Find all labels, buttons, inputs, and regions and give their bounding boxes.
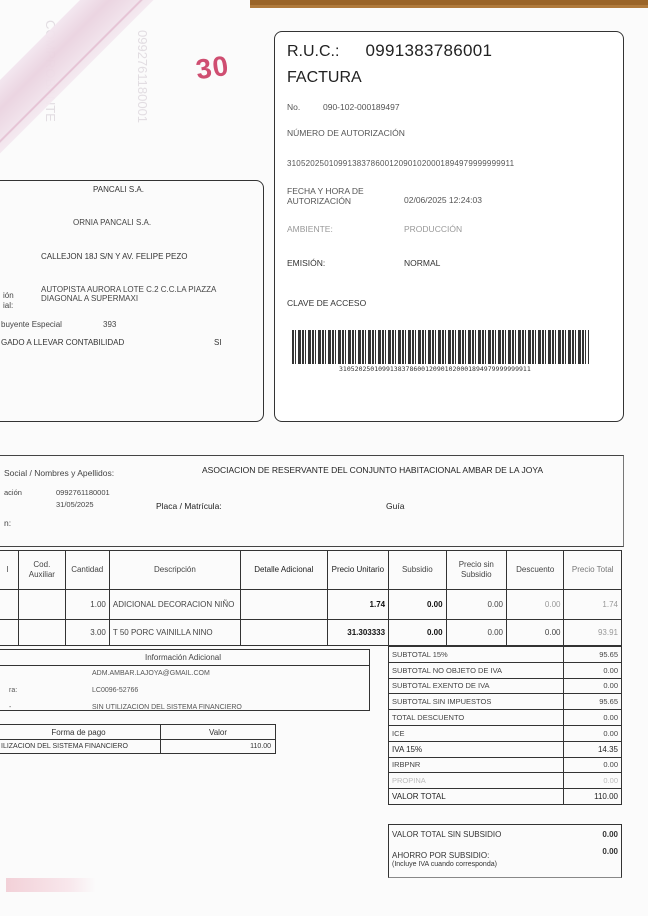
access-key-barcode — [292, 330, 589, 364]
cell-code — [0, 590, 19, 620]
paper-smudge — [6, 878, 96, 892]
total-value: 0.00 — [564, 662, 622, 678]
auth-datetime-label: FECHA Y HORA DE AUTORIZACIÓN — [287, 186, 387, 206]
cell-unit-price: 1.74 — [327, 590, 388, 620]
emitter-trade-name: ORNIA PANCALI S.A. — [73, 218, 151, 227]
emitter-main-address: CALLEJON 18J S/N Y AV. FELIPE PEZO — [41, 252, 187, 261]
totals-row: VALOR TOTAL110.00 — [389, 789, 622, 805]
auth-datetime-value: 02/06/2025 12:24:03 — [404, 195, 482, 205]
accounting-value: SI — [214, 338, 222, 347]
col-subsidy: Subsidio — [389, 551, 446, 590]
cell-quantity: 1.00 — [65, 590, 109, 620]
subsidy-box: VALOR TOTAL SIN SUBSIDIO 0.00 AHORRO POR… — [388, 824, 622, 878]
emission-label: EMISIÓN: — [287, 258, 325, 268]
total-label: IVA 15% — [389, 741, 564, 757]
total-value: 0.00 — [564, 757, 622, 773]
total-value: 0.00 — [564, 773, 622, 789]
totals-row: SUBTOTAL 15%95.65 — [389, 647, 622, 663]
totals-row: SUBTOTAL SIN IMPUESTOS95.65 — [389, 694, 622, 710]
grand-total-value: 110.00 — [564, 789, 622, 805]
info-reference-value: LC0096-52766 — [92, 687, 138, 694]
payment-value-header: Valor — [161, 725, 276, 740]
col-price-no-subsidy: Precio sin Subsidio — [446, 551, 506, 590]
cell-description: ADICIONAL DECORACION NIÑO — [109, 590, 240, 620]
cell-additional-detail — [240, 590, 327, 620]
emitter-business-name: PANCALI S.A. — [93, 185, 144, 194]
plate-label: Placa / Matrícula: — [156, 501, 222, 511]
total-value: 95.65 — [564, 694, 622, 710]
payment-table: Forma de pago Valor ILIZACION DEL SISTEM… — [0, 724, 276, 754]
col-unit-price: Precio Unitario — [327, 551, 388, 590]
access-key-label: CLAVE DE ACCESO — [287, 298, 366, 308]
total-value: 95.65 — [564, 647, 622, 663]
emission-value: NORMAL — [404, 258, 440, 268]
guide-label: Guía — [386, 501, 404, 511]
buyer-extra-label: n: — [4, 518, 11, 528]
branch-address-label-1: ión — [3, 291, 14, 300]
buyer-id-value: 0992761180001 — [56, 488, 110, 497]
totals-row: ICE0.00 — [389, 725, 622, 741]
buyer-id-label: ación — [4, 488, 22, 497]
total-label: IRBPNR — [389, 757, 564, 773]
payment-value: 110.00 — [161, 740, 276, 754]
invoice-number-value: 090-102-000189497 — [323, 102, 400, 112]
total-label: PROPINA — [389, 773, 564, 789]
branch-address-label-2: ial: — [3, 301, 13, 310]
special-taxpayer-label: buyente Especial — [1, 320, 62, 329]
cell-discount: 0.00 — [507, 620, 564, 646]
issue-date-value: 31/05/2025 — [56, 500, 94, 509]
ruc-value: 0991383786001 — [365, 41, 492, 60]
barcode-number: 3105202501099138378600120901020001894979… — [339, 365, 531, 373]
cell-code — [0, 620, 19, 646]
totals-row: PROPINA0.00 — [389, 773, 622, 789]
cell-aux-code — [19, 590, 65, 620]
buyer-box: Social / Nombres y Apellidos: ASOCIACION… — [0, 455, 624, 547]
totals-row: SUBTOTAL NO OBJETO DE IVA0.00 — [389, 662, 622, 678]
invoice-header-box: R.U.C.: 0991383786001 FACTURA No. 090-10… — [274, 31, 624, 422]
payment-method-header: Forma de pago — [0, 725, 161, 740]
buyer-name-label: Social / Nombres y Apellidos: — [4, 468, 114, 478]
buyer-name-value: ASOCIACION DE RESERVANTE DEL CONJUNTO HA… — [202, 465, 543, 475]
cell-description: T 50 PORC VAINILLA NINO — [109, 620, 240, 646]
total-value: 0.00 — [564, 725, 622, 741]
additional-info-box: Información Adicional ADM.AMBAR.LAJOYA@G… — [0, 649, 370, 711]
col-aux-code: Cod. Auxiliar — [19, 551, 65, 590]
info-label: ra: — [9, 687, 17, 694]
cell-subsidy: 0.00 — [389, 620, 446, 646]
totals-row: IVA 15%14.35 — [389, 741, 622, 757]
total-label: SUBTOTAL SIN IMPUESTOS — [389, 694, 564, 710]
total-no-subsidy-value: 0.00 — [602, 830, 618, 839]
table-row: 1.00 ADICIONAL DECORACION NIÑO 1.74 0.00… — [0, 590, 622, 620]
total-value: 0.00 — [564, 678, 622, 694]
emitter-box: PANCALI S.A. ORNIA PANCALI S.A. CALLEJON… — [0, 180, 264, 422]
total-value: 14.35 — [564, 741, 622, 757]
grand-total-label: VALOR TOTAL — [389, 789, 564, 805]
total-label: SUBTOTAL NO OBJETO DE IVA — [389, 662, 564, 678]
ruc-label: R.U.C.: — [287, 43, 361, 61]
payment-header-row: Forma de pago Valor — [0, 725, 276, 740]
col-additional-detail: Detalle Adicional — [240, 551, 327, 590]
total-no-subsidy-label: VALOR TOTAL SIN SUBSIDIO — [392, 830, 501, 839]
total-value: 0.00 — [564, 710, 622, 726]
cell-quantity: 3.00 — [65, 620, 109, 646]
cell-total-price: 1.74 — [564, 590, 622, 620]
branch-address-line-1: AUTOPISTA AURORA LOTE C.2 C.C.LA PIAZZA — [41, 285, 216, 294]
authorization-label: NÚMERO DE AUTORIZACIÓN — [287, 128, 405, 138]
total-label: SUBTOTAL EXENTO DE IVA — [389, 678, 564, 694]
table-row: 3.00 T 50 PORC VAINILLA NINO 31.303333 0… — [0, 620, 622, 646]
savings-value: 0.00 — [602, 847, 618, 856]
additional-info-title: Información Adicional — [0, 650, 369, 666]
total-label: ICE — [389, 725, 564, 741]
totals-row: TOTAL DESCUENTO0.00 — [389, 710, 622, 726]
col-code: l — [0, 551, 19, 590]
total-label: SUBTOTAL 15% — [389, 647, 564, 663]
payment-method: ILIZACION DEL SISTEMA FINANCIERO — [0, 740, 161, 754]
savings-note: (Incluye IVA cuando corresponda) — [392, 861, 497, 868]
ruc-line: R.U.C.: 0991383786001 — [287, 41, 492, 61]
items-header-row: l Cod. Auxiliar Cantidad Descripción Det… — [0, 551, 622, 590]
bleed-through-text: 0992761180001 — [135, 30, 150, 123]
authorization-value: 3105202501099138378600120901020001894979… — [287, 159, 514, 168]
info-payment-value: SIN UTILIZACION DEL SISTEMA FINANCIERO — [92, 704, 242, 709]
cell-additional-detail — [240, 620, 327, 646]
total-label: TOTAL DESCUENTO — [389, 710, 564, 726]
branch-address-line-2: DIAGONAL A SUPERMAXI — [41, 294, 138, 303]
totals-row: SUBTOTAL EXENTO DE IVA0.00 — [389, 678, 622, 694]
cell-price-no-subsidy: 0.00 — [446, 620, 506, 646]
totals-row: IRBPNR0.00 — [389, 757, 622, 773]
col-quantity: Cantidad — [65, 551, 109, 590]
items-table: l Cod. Auxiliar Cantidad Descripción Det… — [0, 550, 622, 646]
col-description: Descripción — [109, 551, 240, 590]
cell-aux-code — [19, 620, 65, 646]
totals-table: SUBTOTAL 15%95.65 SUBTOTAL NO OBJETO DE … — [388, 646, 622, 805]
stamp-text: 30 — [194, 50, 231, 86]
info-email-value: ADM.AMBAR.LAJOYA@GMAIL.COM — [92, 670, 210, 677]
payment-row: ILIZACION DEL SISTEMA FINANCIERO 110.00 — [0, 740, 276, 754]
cell-price-no-subsidy: 0.00 — [446, 590, 506, 620]
cell-total-price: 93.91 — [564, 620, 622, 646]
environment-value: PRODUCCIÓN — [404, 224, 462, 234]
col-discount: Descuento — [507, 551, 564, 590]
cell-unit-price: 31.303333 — [327, 620, 388, 646]
cell-subsidy: 0.00 — [389, 590, 446, 620]
special-taxpayer-value: 393 — [103, 320, 116, 329]
invoice-number-label: No. — [287, 102, 300, 112]
col-total-price: Precio Total — [564, 551, 622, 590]
document-type: FACTURA — [287, 69, 362, 87]
background-surface — [250, 0, 648, 8]
savings-label: AHORRO POR SUBSIDIO: — [392, 851, 489, 860]
environment-label: AMBIENTE: — [287, 224, 333, 234]
background-edge — [250, 0, 648, 5]
cell-discount: 0.00 — [507, 590, 564, 620]
accounting-label: GADO A LLEVAR CONTABILIDAD — [1, 338, 124, 347]
info-label: - — [9, 704, 11, 709]
